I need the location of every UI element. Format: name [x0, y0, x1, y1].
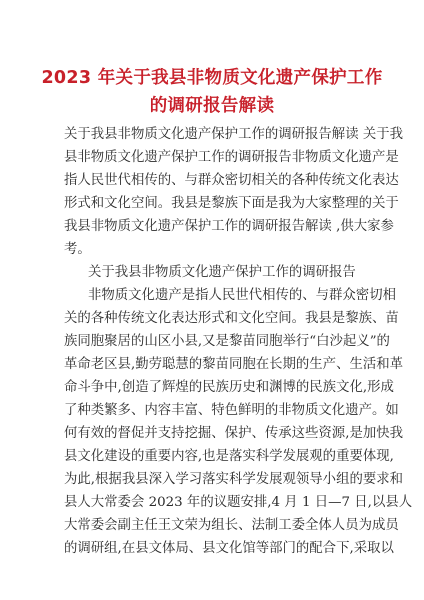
paragraph-line: 族同胞聚居的山区小县,又是黎苗同胞举行“白沙起义”的	[64, 330, 362, 353]
paragraph-line: 县文化建设的重要内容,也是落实科学发展观的重要体现,	[64, 445, 362, 468]
intro-line: 形式和文化空间。我县是黎族下面是我为大家整理的关于	[64, 192, 362, 215]
intro-line: 我县非物质文化遗产保护工作的调研报告解读 ,供大家参	[64, 215, 362, 238]
paragraph-line: 革命老区县,勤劳聪慧的黎苗同胞在长期的生产、生活和革	[64, 353, 362, 376]
intro-line: 指人民世代相传的、与群众密切相关的各种传统文化表达	[64, 169, 362, 192]
intro-line: 关于我县非物质文化遗产保护工作的调研报告解读 关于我	[64, 123, 362, 146]
document-body: 关于我县非物质文化遗产保护工作的调研报告解读 关于我 县非物质文化遗产保护工作的…	[64, 123, 362, 560]
paragraph-line: 何有效的督促并支持挖掘、保护、传承这些资源,是加快我	[64, 422, 362, 445]
paragraph-line: 非物质文化遗产是指人民世代相传的、与群众密切相	[64, 284, 362, 307]
document-title-line-2: 的调研报告解读	[0, 92, 424, 120]
document-page: 2023 年关于我县非物质文化遗产保护工作 的调研报告解读 关于我县非物质文化遗…	[0, 0, 424, 600]
paragraph-line: 了种类繁多、内容丰富、特色鲜明的非物质文化遗产。如	[64, 399, 362, 422]
paragraph-line: 关的各种传统文化表达形式和文化空间。我县是黎族、苗	[64, 307, 362, 330]
paragraph-line: 的调研组,在县文体局、县文化馆等部门的配合下,采取以	[64, 537, 362, 560]
report-subheading: 关于我县非物质文化遗产保护工作的调研报告	[64, 261, 362, 284]
intro-line: 县非物质文化遗产保护工作的调研报告非物质文化遗产是	[64, 146, 362, 169]
document-title-line-1: 2023 年关于我县非物质文化遗产保护工作	[0, 64, 424, 92]
intro-line: 考。	[64, 238, 362, 261]
paragraph-line: 县人大常委会 2023 年的议题安排,4 月 1 日—7 日,以县人	[64, 491, 362, 514]
paragraph-line: 命斗争中,创造了辉煌的民族历史和渊博的民族文化,形成	[64, 376, 362, 399]
paragraph-line: 为此,根据我县深入学习落实科学发展观领导小组的要求和	[64, 468, 362, 491]
paragraph-line: 大常委会副主任王文荣为组长、法制工委全体人员为成员	[64, 514, 362, 537]
